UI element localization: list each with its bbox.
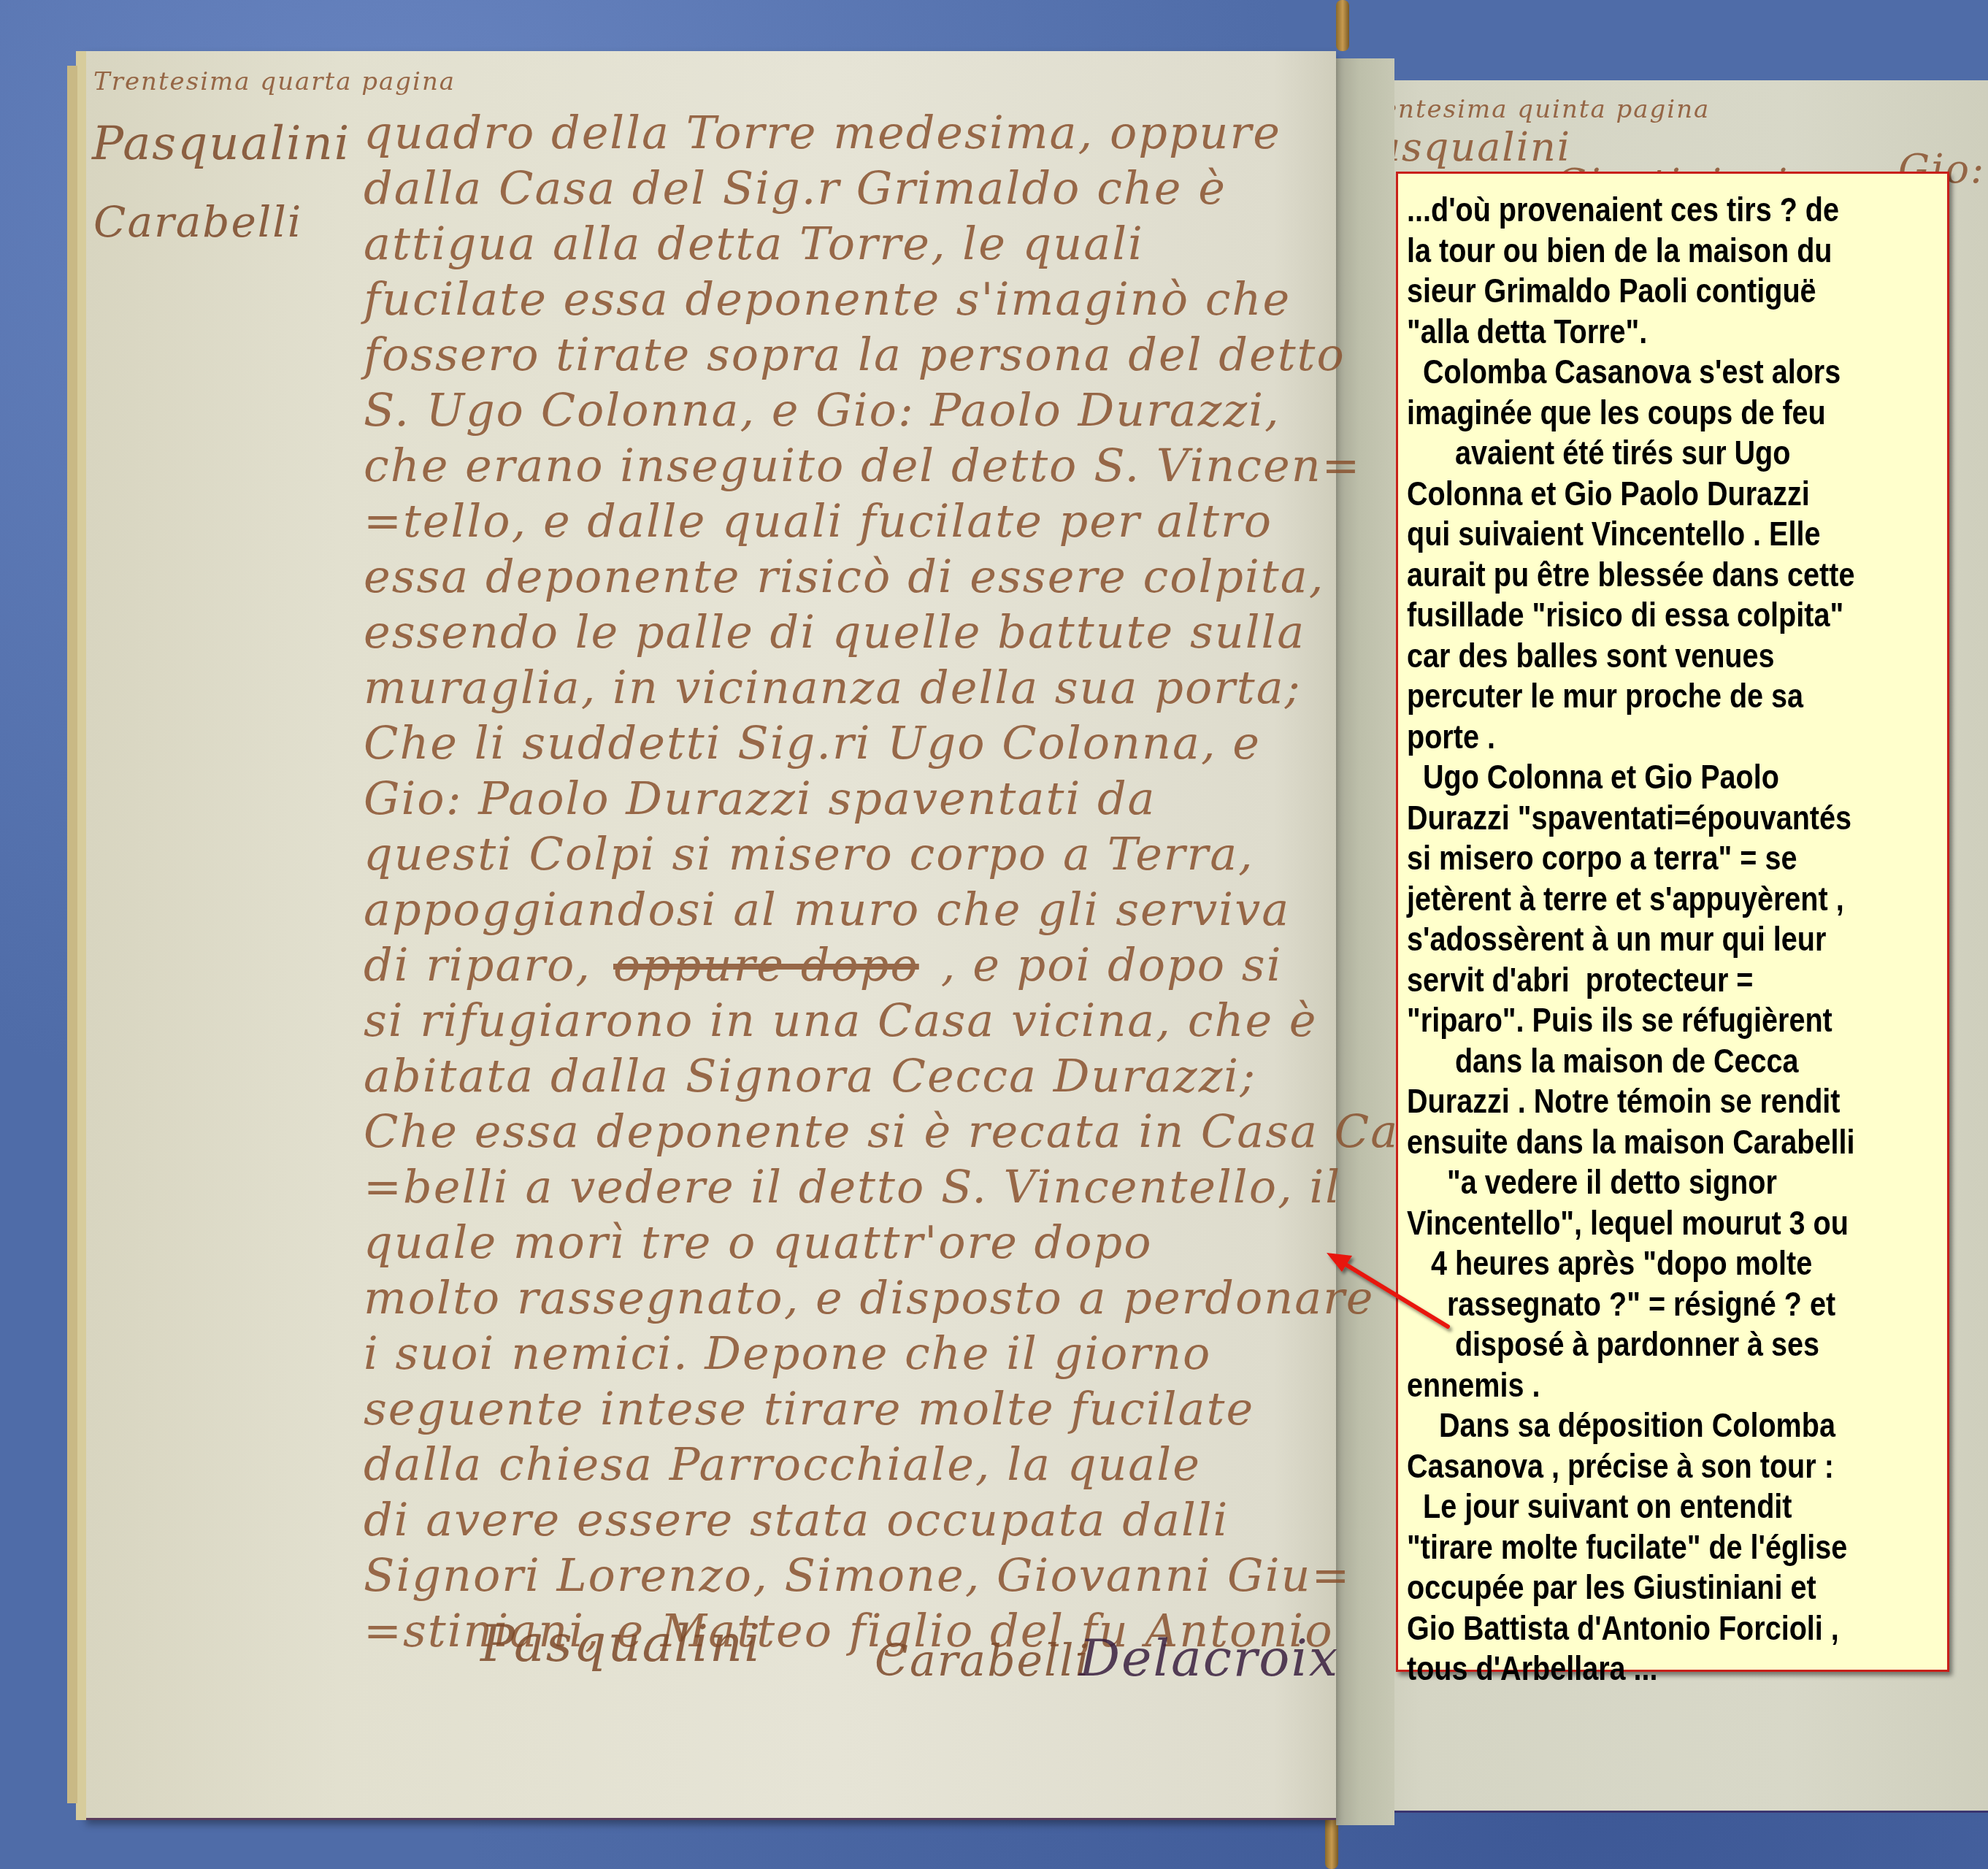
manuscript-line: fossero tirate sopra la persona del dett… xyxy=(364,328,1346,381)
annotation-line: jetèrent à terre et s'appuyèrent , xyxy=(1407,879,1865,920)
manuscript-line: si rifugiarono in una Casa vicina, che è xyxy=(364,994,1317,1047)
manuscript-line: essendo le palle di quelle battute sulla xyxy=(364,605,1305,659)
annotation-line: qui suivaient Vincentello . Elle xyxy=(1407,514,1865,555)
annotation-line: occupée par les Giustiniani et xyxy=(1407,1567,1865,1608)
manuscript-line: quale morì tre o quattr'ore dopo xyxy=(364,1216,1153,1269)
annotation-line: 4 heures après "dopo molte xyxy=(1407,1243,1865,1284)
right-page-header: Trentesima quinta pagina xyxy=(1351,95,1710,124)
annotation-box: ...d'où provenaient ces tirs ? de la tou… xyxy=(1396,172,1949,1672)
margin-signature-carabelli: Carabelli xyxy=(93,197,302,247)
manuscript-line: seguente intese tirare molte fucilate xyxy=(364,1382,1254,1435)
annotation-line: servit d'abri protecteur = xyxy=(1407,960,1865,1001)
annotation-line: Casanova , précise à son tour : xyxy=(1407,1446,1865,1487)
annotation-line: si misero corpo a terra" = se xyxy=(1407,838,1865,879)
manuscript-line: di avere essere stata occupata dalli xyxy=(364,1493,1229,1546)
annotation-line: percuter le mur proche de sa xyxy=(1407,676,1865,717)
manuscript-line: appoggiandosi al muro che gli serviva xyxy=(364,883,1290,936)
manuscript-line: Gio: Paolo Durazzi spaventati da xyxy=(364,772,1156,825)
manuscript-line: di riparo, xyxy=(364,938,591,991)
bottom-signature-delacroix: Delacroix xyxy=(1079,1628,1339,1688)
annotation-line: Ugo Colonna et Gio Paolo xyxy=(1407,757,1865,798)
annotation-line: Gio Battista d'Antonio Forcioli , xyxy=(1407,1608,1865,1649)
manuscript-line: che erano inseguito del detto S. Vincen= xyxy=(364,439,1362,492)
manuscript-line: S. Ugo Colonna, e Gio: Paolo Durazzi, xyxy=(364,383,1281,437)
manuscript-line: questi Colpi si misero corpo a Terra, xyxy=(364,827,1254,880)
annotation-line: Durazzi "spaventati=épouvantés xyxy=(1407,798,1865,839)
annotation-line: avaient été tirés sur Ugo xyxy=(1407,433,1865,474)
annotation-line: ensuite dans la maison Carabelli xyxy=(1407,1122,1865,1163)
annotation-line: ...d'où provenaient ces tirs ? de xyxy=(1407,190,1865,231)
annotation-line: disposé à pardonner à ses xyxy=(1407,1324,1865,1365)
struck-text: oppure dopo xyxy=(613,938,919,991)
manuscript-line-tail: , e poi dopo si xyxy=(941,938,1283,991)
annotation-line: rassegnato ?" = résigné ? et xyxy=(1407,1284,1865,1325)
bottom-signature-pasqualini: Pasqualini xyxy=(480,1613,761,1673)
annotation-line: Dans sa déposition Colomba xyxy=(1407,1405,1865,1446)
manuscript-line: attigua alla detta Torre, le quali xyxy=(364,217,1144,270)
annotation-line: tous d'Arbellara ... xyxy=(1407,1649,1865,1689)
annotation-line: ennemis . xyxy=(1407,1365,1865,1406)
annotation-line: Colomba Casanova s'est alors xyxy=(1407,352,1865,393)
manuscript-line: dalla Casa del Sig.r Grimaldo che è xyxy=(364,161,1227,215)
annotation-line: Vincentello", lequel mourut 3 ou xyxy=(1407,1203,1865,1244)
left-page-header: Trentesima quarta pagina xyxy=(93,67,456,96)
annotation-line: "a vedere il detto signor xyxy=(1407,1162,1865,1203)
manuscript-line: fucilate essa deponente s'imaginò che xyxy=(364,272,1291,326)
annotation-line: car des balles sont venues xyxy=(1407,636,1865,677)
manuscript-line: abitata dalla Signora Cecca Durazzi; xyxy=(364,1049,1256,1102)
annotation-line: "alla detta Torre". xyxy=(1407,312,1865,353)
annotation-line: la tour ou bien de la maison du xyxy=(1407,231,1865,272)
manuscript-line: quadro della Torre medesima, oppure xyxy=(364,106,1281,159)
annotation-line: "riparo". Puis ils se réfugièrent xyxy=(1407,1000,1865,1041)
annotation-line: Colonna et Gio Paolo Durazzi xyxy=(1407,474,1865,515)
manuscript-line: =belli a vedere il detto S. Vincentello,… xyxy=(364,1160,1341,1213)
annotation-line: "tirare molte fucilate" de l'église xyxy=(1407,1527,1865,1568)
annotation-line: s'adossèrent à un mur qui leur xyxy=(1407,919,1865,960)
annotation-line: Durazzi . Notre témoin se rendit xyxy=(1407,1081,1865,1122)
manuscript-line: essa deponente risicò di essere colpita, xyxy=(364,550,1324,603)
annotation-line: dans la maison de Cecca xyxy=(1407,1041,1865,1082)
annotation-line: fusillade "risico di essa colpita" xyxy=(1407,595,1865,636)
manuscript-line: molto rassegnato, e disposto a perdonare xyxy=(364,1271,1375,1324)
annotation-line: Le jour suivant on entendit xyxy=(1407,1486,1865,1527)
binding-string-top xyxy=(1336,0,1349,51)
left-page: Trentesima quarta pagina Pasqualini Cara… xyxy=(86,51,1336,1820)
annotation-line: aurait pu être blessée dans cette xyxy=(1407,555,1865,596)
bottom-signature-carabelli: Carabelli xyxy=(875,1635,1091,1686)
manuscript-line: muraglia, in vicinanza della sua porta; xyxy=(364,661,1302,714)
annotation-line: porte . xyxy=(1407,717,1865,758)
margin-signature-pasqualini: Pasqualini xyxy=(92,117,350,171)
manuscript-line: Signori Lorenzo, Simone, Giovanni Giu= xyxy=(364,1548,1351,1602)
annotation-line: sieur Grimaldo Paoli contiguë xyxy=(1407,271,1865,312)
annotation-line: imaginée que les coups de feu xyxy=(1407,393,1865,434)
manuscript-line: Che li suddetti Sig.ri Ugo Colonna, e xyxy=(364,716,1261,770)
manuscript-line: dalla chiesa Parrocchiale, la quale xyxy=(364,1438,1201,1491)
manuscript-line: Che essa deponente si è recata in Casa C… xyxy=(364,1105,1490,1158)
manuscript-line-with-strike: di riparo, oppure dopo , e poi dopo si xyxy=(364,938,1283,991)
manuscript-line: i suoi nemici. Depone che il giorno xyxy=(364,1327,1211,1380)
manuscript-line: =tello, e dalle quali fucilate per altro xyxy=(364,494,1273,548)
